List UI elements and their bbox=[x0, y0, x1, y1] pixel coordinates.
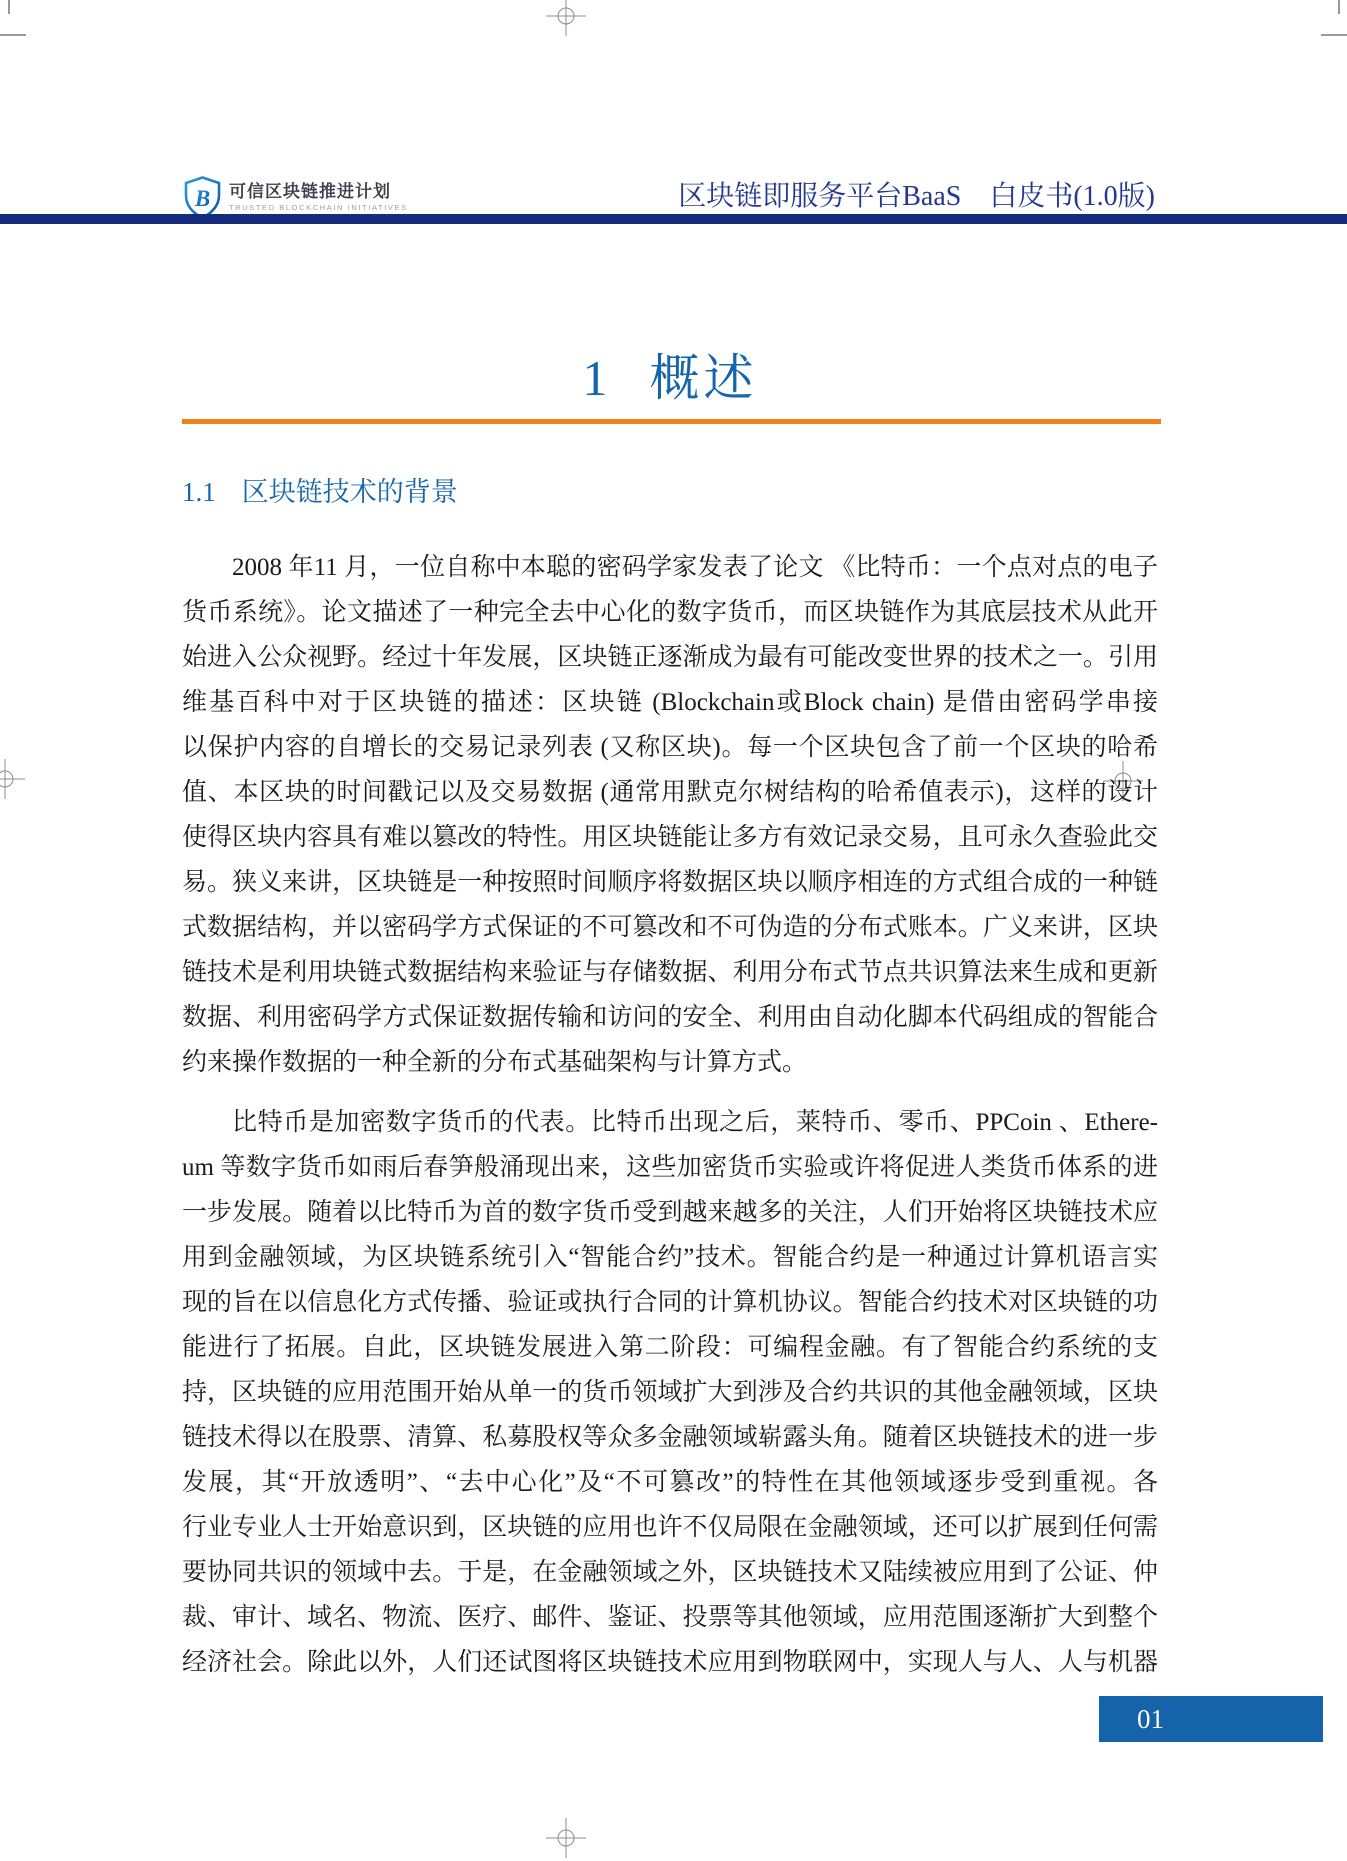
body-line: 链技术得以在股票、清算、私募股权等众多金融领域崭露头角。随着区块链技术的进一步 bbox=[182, 1415, 1158, 1460]
logo: B 可信区块链推进计划 TRUSTED BLOCKCHAIN INITIATIV… bbox=[184, 176, 408, 219]
chapter-heading: 1概述 bbox=[182, 338, 1158, 410]
registration-crosshair-left bbox=[0, 759, 25, 799]
logo-letter: B bbox=[194, 186, 210, 211]
paragraph: 2008 年11 月，一位自称中本聪的密码学家发表了论文 《比特币：一个点对点的… bbox=[182, 545, 1158, 1085]
corner-mark bbox=[0, 34, 26, 36]
section-number: 1.1 bbox=[182, 477, 216, 507]
body-line: 维基百科中对于区块链的描述：区块链 (Blockchain或Block chai… bbox=[182, 680, 1158, 725]
body-line: 约来操作数据的一种全新的分布式基础架构与计算方式。 bbox=[182, 1040, 1158, 1085]
body-line: 2008 年11 月，一位自称中本聪的密码学家发表了论文 《比特币：一个点对点的… bbox=[182, 545, 1158, 590]
corner-mark bbox=[1321, 34, 1347, 36]
body-paragraphs: 2008 年11 月，一位自称中本聪的密码学家发表了论文 《比特币：一个点对点的… bbox=[182, 545, 1158, 1700]
body-line: 经济社会。除此以外，人们还试图将区块链技术应用到物联网中，实现人与人、人与机器 bbox=[182, 1640, 1158, 1685]
logo-name-cn: 可信区块链推进计划 bbox=[229, 183, 408, 202]
logo-text: 可信区块链推进计划 TRUSTED BLOCKCHAIN INITIATIVES bbox=[229, 183, 408, 213]
body-line: 要协同共识的领域中去。于是，在金融领域之外，区块链技术又陆续被应用到了公证、仲 bbox=[182, 1550, 1158, 1595]
body-line: 值、本区块的时间戳记以及交易数据 (通常用默克尔树结构的哈希值表示)，这样的设计 bbox=[182, 770, 1158, 815]
body-line: 比特币是加密数字货币的代表。比特币出现之后，莱特币、零币、PPCoin 、Eth… bbox=[182, 1100, 1158, 1145]
body-line: 用到金融领域，为区块链系统引入“智能合约”技术。智能合约是一种通过计算机语言实 bbox=[182, 1235, 1158, 1280]
body-line: 始进入公众视野。经过十年发展，区块链正逐渐成为最有可能改变世界的技术之一。引用 bbox=[182, 635, 1158, 680]
section-title: 区块链技术的背景 bbox=[242, 477, 458, 507]
shield-logo-icon: B bbox=[184, 176, 221, 219]
document-page: B 可信区块链推进计划 TRUSTED BLOCKCHAIN INITIATIV… bbox=[0, 0, 1347, 1861]
section-heading: 1.1区块链技术的背景 bbox=[182, 470, 458, 509]
body-line: 以保护内容的自增长的交易记录列表 (又称区块)。每一个区块包含了前一个区块的哈希 bbox=[182, 725, 1158, 770]
body-line: 能进行了拓展。自此，区块链发展进入第二阶段：可编程金融。有了智能合约系统的支 bbox=[182, 1325, 1158, 1370]
body-line: 发展，其“开放透明”、“去中心化”及“不可篡改”的特性在其他领域逐步受到重视。各 bbox=[182, 1460, 1158, 1505]
header-rule bbox=[0, 214, 1347, 224]
corner-mark bbox=[8, 0, 10, 14]
paragraph: 比特币是加密数字货币的代表。比特币出现之后，莱特币、零币、PPCoin 、Eth… bbox=[182, 1100, 1158, 1685]
body-line: 易。狭义来讲，区块链是一种按照时间顺序将数据区块以顺序相连的方式组合成的一种链 bbox=[182, 860, 1158, 905]
body-line: 货币系统》。论文描述了一种完全去中心化的数字货币，而区块链作为其底层技术从此开 bbox=[182, 590, 1158, 635]
body-line: 链技术是利用块链式数据结构来验证与存储数据、利用分布式节点共识算法来生成和更新 bbox=[182, 950, 1158, 995]
registration-crosshair-bottom bbox=[546, 1818, 586, 1858]
body-line: 式数据结构，并以密码学方式保证的不可篡改和不可伪造的分布式账本。广义来讲，区块 bbox=[182, 905, 1158, 950]
body-line: 现的旨在以信息化方式传播、验证或执行合同的计算机协议。智能合约技术对区块链的功 bbox=[182, 1280, 1158, 1325]
page-number-badge: 01 bbox=[1099, 1696, 1323, 1742]
chapter-divider bbox=[182, 419, 1161, 424]
body-line: 一步发展。随着以比特币为首的数字货币受到越来越多的关注，人们开始将区块链技术应 bbox=[182, 1190, 1158, 1235]
logo-name-en: TRUSTED BLOCKCHAIN INITIATIVES bbox=[229, 203, 408, 212]
body-line: 行业专业人士开始意识到，区块链的应用也许不仅局限在金融领域，还可以扩展到任何需 bbox=[182, 1505, 1158, 1550]
corner-mark bbox=[1338, 0, 1340, 14]
body-line: 裁、审计、域名、物流、医疗、邮件、鉴证、投票等其他领域，应用范围逐渐扩大到整个 bbox=[182, 1595, 1158, 1640]
body-line: 数据、利用密码学方式保证数据传输和访问的安全、利用由自动化脚本代码组成的智能合 bbox=[182, 995, 1158, 1040]
chapter-title: 概述 bbox=[650, 350, 758, 406]
chapter-number: 1 bbox=[583, 350, 608, 406]
body-line: 使得区块内容具有难以篡改的特性。用区块链能让多方有效记录交易，且可永久查验此交 bbox=[182, 815, 1158, 860]
body-line: um 等数字货币如雨后春笋般涌现出来，这些加密货币实验或许将促进人类货币体系的进 bbox=[182, 1145, 1158, 1190]
page-number: 01 bbox=[1137, 1704, 1164, 1734]
document-title: 区块链即服务平台BaaS 白皮书(1.0版) bbox=[678, 174, 1155, 214]
registration-crosshair-top bbox=[546, 0, 586, 36]
body-line: 持，区块链的应用范围开始从单一的货币领域扩大到涉及合约共识的其他金融领域，区块 bbox=[182, 1370, 1158, 1415]
